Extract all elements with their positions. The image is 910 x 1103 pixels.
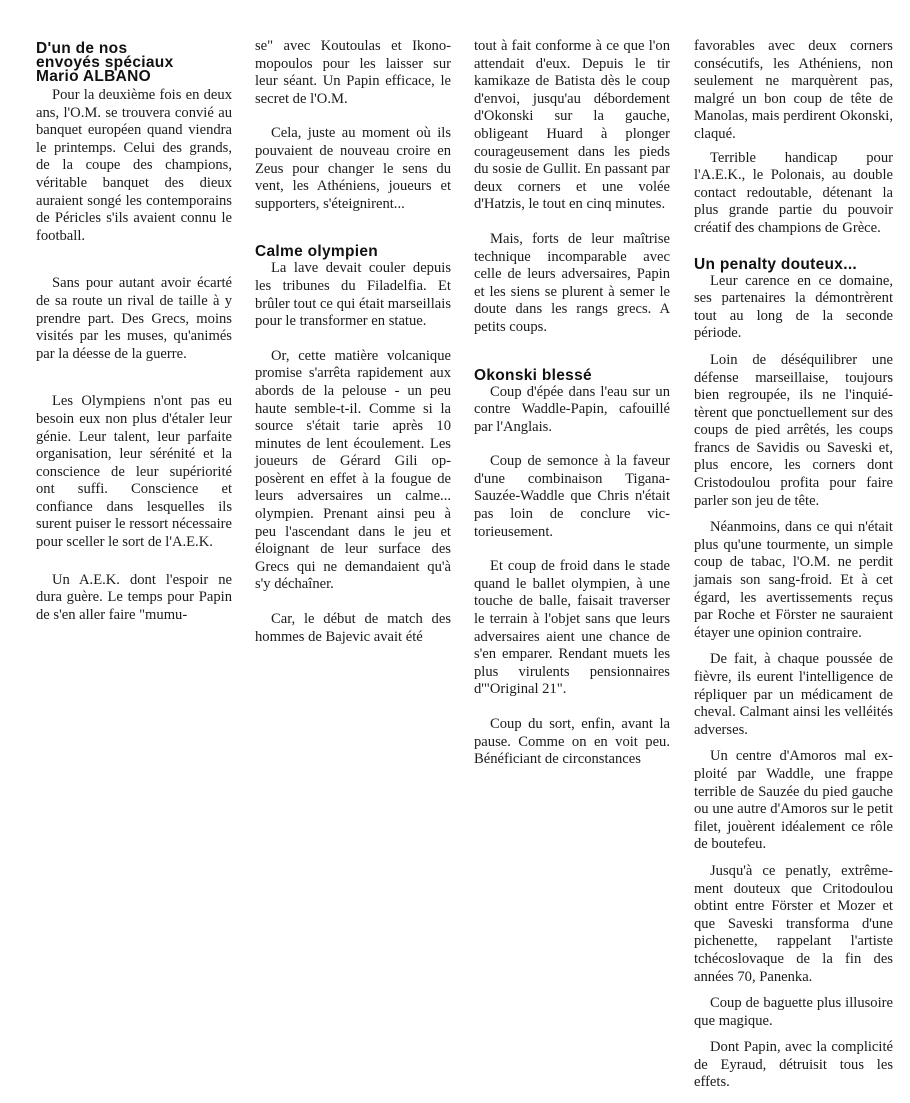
paragraph: Coup de semonce à la faveur d'une combin… — [474, 453, 670, 541]
column-3: tout à fait conforme à ce que l'on atten… — [474, 38, 670, 769]
byline: D'un de nos envoyés spéciaux Mario ALBAN… — [36, 42, 232, 84]
paragraph: Et coup de froid dans le stade quand le … — [474, 558, 670, 699]
paragraph: Loin de déséquilibrer une défense marsei… — [694, 352, 893, 510]
paragraph: Pour la deuxième fois en deux ans, l'O.M… — [36, 87, 232, 245]
newspaper-page: D'un de nos envoyés spéciaux Mario ALBAN… — [0, 0, 910, 1103]
section-heading-calme-olympien: Calme olympien — [255, 243, 451, 260]
paragraph: Coup du sort, enfin, avant la pause. Com… — [474, 716, 670, 769]
paragraph: Car, le début de match des hommes de Baj… — [255, 611, 451, 646]
paragraph: Néanmoins, dans ce qui n'était plus qu'u… — [694, 519, 893, 642]
column-4: favorables avec deux corners consécutifs… — [694, 38, 893, 1092]
paragraph: Coup de baguette plus illu­soire que mag… — [694, 995, 893, 1030]
column-2: se" avec Koutoulas et Ikono­mopoulos pou… — [255, 38, 451, 646]
paragraph: Leur carence en ce domaine, ses partenai… — [694, 273, 893, 343]
paragraph: se" avec Koutoulas et Ikono­mopoulos pou… — [255, 38, 451, 108]
paragraph: Terrible handicap pour l'A.E.K., le Polo… — [694, 150, 893, 238]
paragraph: Un A.E.K. dont l'espoir ne dura guère. L… — [36, 572, 232, 625]
paragraph: De fait, à chaque poussée de fièvre, ils… — [694, 651, 893, 739]
paragraph: Coup d'épée dans l'eau sur un contre Wad… — [474, 384, 670, 437]
paragraph: Cela, juste au moment où ils pouvaient d… — [255, 125, 451, 213]
paragraph: Les Olympiens n'ont pas eu besoin eux no… — [36, 393, 232, 551]
paragraph: Or, cette matière volcanique promise s'a… — [255, 348, 451, 594]
paragraph: Sans pour autant avoir écar­té de sa rou… — [36, 275, 232, 363]
paragraph: tout à fait conforme à ce que l'on atten… — [474, 38, 670, 214]
section-heading-okonski-blesse: Okonski blessé — [474, 367, 670, 384]
paragraph: Dont Papin, avec la compli­cité de Eyrau… — [694, 1039, 893, 1092]
paragraph: Jusqu'à ce penatly, extrême­ment douteux… — [694, 863, 893, 986]
paragraph: Un centre d'Amoros mal ex­ploité par Wad… — [694, 748, 893, 854]
paragraph: favorables avec deux corners consécutifs… — [694, 38, 893, 144]
paragraph: La lave devait couler depuis les tribune… — [255, 260, 451, 330]
section-heading-penalty-douteux: Un penalty douteux... — [694, 256, 893, 273]
byline-author: Mario ALBANO — [36, 70, 232, 84]
paragraph: Mais, forts de leur maîtrise technique i… — [474, 231, 670, 337]
column-1: D'un de nos envoyés spéciaux Mario ALBAN… — [36, 38, 232, 624]
